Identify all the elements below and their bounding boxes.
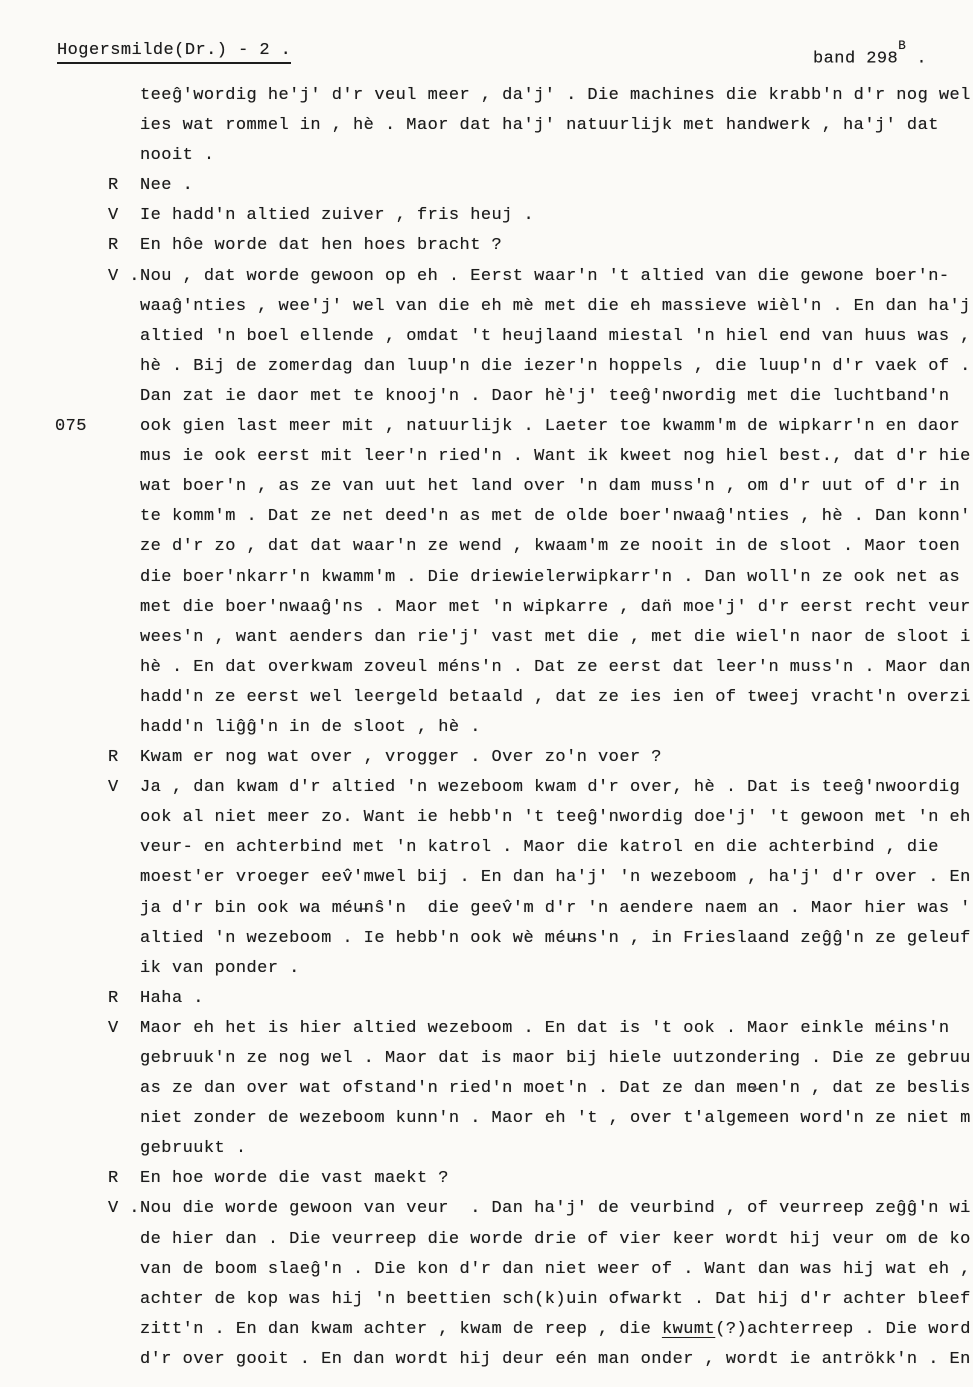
line-text: Haha . xyxy=(140,989,204,1008)
transcript-line: ik van ponder . xyxy=(0,959,973,989)
transcript-line: V .Nou die worde gewoon van veur . Dan h… xyxy=(0,1199,973,1229)
line-text: moest'er vroeger eev̂'mwel bij . En dan … xyxy=(140,868,971,887)
line-text: hadd'n liĝĝ'n in de sloot , hè . xyxy=(140,718,481,737)
transcript-line: VIe hadd'n altied zuiver , fris heuj . xyxy=(0,206,973,236)
line-text: ja d'r bin ook wa méu̶nŝ'n die geev̂'m d… xyxy=(140,899,971,918)
page-title: Hogersmilde(Dr.) - 2 . xyxy=(57,41,291,64)
band-label: band 298B . xyxy=(813,46,927,69)
band-suffix: . xyxy=(906,50,927,69)
line-text: teeĝ'wordig he'j' d'r veul meer , da'j' … xyxy=(140,86,971,105)
line-text: van de boom slaeĝ'n . Die kon d'r dan ni… xyxy=(140,1260,971,1279)
transcript-line: hè . Bij de zomerdag dan luup'n die ieze… xyxy=(0,357,973,387)
line-text: nooit . xyxy=(140,146,215,165)
line-text: Nou , dat worde gewoon op eh . Eerst waa… xyxy=(140,267,950,286)
speaker-label: V xyxy=(108,778,119,797)
line-text: Dan zat ie daor met te knooj'n . Daor hè… xyxy=(140,387,950,406)
transcript-line: te komm'm . Dat ze net deed'n as met de … xyxy=(0,507,973,537)
line-text: gebruukt . xyxy=(140,1139,247,1158)
line-text: ook gien last meer mit , natuurlijk . La… xyxy=(140,417,960,436)
speaker-label: R xyxy=(108,748,119,767)
transcript-line: met die boer'nwaaĝ'ns . Maor met 'n wipk… xyxy=(0,598,973,628)
speaker-label: R xyxy=(108,1169,119,1188)
line-text: hadd'n ze eerst wel leergeld betaald , d… xyxy=(140,688,971,707)
line-text: Ie hadd'n altied zuiver , fris heuj . xyxy=(140,206,534,225)
speaker-label: V xyxy=(108,206,119,225)
line-text: ies wat rommel in , hè . Maor dat ha'j' … xyxy=(140,116,939,135)
transcript-line: ze d'r zo , dat dat waar'n ze wend , kwa… xyxy=(0,537,973,567)
transcript-line: ies wat rommel in , hè . Maor dat ha'j' … xyxy=(0,116,973,146)
line-text: te komm'm . Dat ze net deed'n as met de … xyxy=(140,507,971,526)
line-text: wees'n , want aenders dan rie'j' vast me… xyxy=(140,628,971,647)
transcript-line: die boer'nkarr'n kwamm'm . Die driewiele… xyxy=(0,568,973,598)
speaker-label: R xyxy=(108,236,119,255)
transcript-line: ja d'r bin ook wa méu̶nŝ'n die geev̂'m d… xyxy=(0,899,973,929)
transcript-line: mus ie ook eerst mit leer'n ried'n . Wan… xyxy=(0,447,973,477)
transcript-line: gebruukt . xyxy=(0,1139,973,1169)
transcript-line: nooit . xyxy=(0,146,973,176)
line-text: Maor eh het is hier altied wezeboom . En… xyxy=(140,1019,950,1038)
transcript-line: RNee . xyxy=(0,176,973,206)
transcript-line: 075ook gien last meer mit , natuurlijk .… xyxy=(0,417,973,447)
line-text: de hier dan . Die veurreep die worde dri… xyxy=(140,1230,971,1249)
line-text: Nou die worde gewoon van veur . Dan ha'j… xyxy=(140,1199,971,1218)
line-text: hè . Bij de zomerdag dan luup'n die ieze… xyxy=(140,357,971,376)
line-text: die boer'nkarr'n kwamm'm . Die driewiele… xyxy=(140,568,960,587)
underlined-word: kwumt xyxy=(662,1320,715,1339)
speaker-label: V xyxy=(108,1019,119,1038)
document-page: Hogersmilde(Dr.) - 2 . band 298B . teeĝ'… xyxy=(0,0,973,1387)
line-text: En hoe worde die vast maekt ? xyxy=(140,1169,449,1188)
line-text: achter de kop was hij 'n beettien sch(k)… xyxy=(140,1290,971,1309)
line-text: Ja , dan kwam d'r altied 'n wezeboom kwa… xyxy=(140,778,960,797)
transcript-line: RHaha . xyxy=(0,989,973,1019)
transcript-line: wat boer'n , as ze van uut het land over… xyxy=(0,477,973,507)
transcript-line: VMaor eh het is hier altied wezeboom . E… xyxy=(0,1019,973,1049)
line-text: d'r over gooit . En dan wordt hij deur e… xyxy=(140,1350,971,1369)
transcript-line: hè . En dat overkwam zoveul méns'n . Dat… xyxy=(0,658,973,688)
line-text: Nee . xyxy=(140,176,193,195)
transcript-line: d'r over gooit . En dan wordt hij deur e… xyxy=(0,1350,973,1380)
speaker-label: R xyxy=(108,176,119,195)
transcript-line: waaĝ'nties , wee'j' wel van die eh mè me… xyxy=(0,297,973,327)
line-text: met die boer'nwaaĝ'ns . Maor met 'n wipk… xyxy=(140,598,971,617)
line-text: ik van ponder . xyxy=(140,959,300,978)
transcript-line: altied 'n wezeboom . Ie hebb'n ook wè mé… xyxy=(0,929,973,959)
line-text: ook al niet meer zo. Want ie hebb'n 't t… xyxy=(140,808,971,827)
transcript-line: Dan zat ie daor met te knooj'n . Daor hè… xyxy=(0,387,973,417)
line-text: altied 'n boel ellende , omdat 't heujla… xyxy=(140,327,971,346)
line-text: veur- en achterbind met 'n katrol . Maor… xyxy=(140,838,939,857)
transcript-line: niet zonder de wezeboom kunn'n . Maor eh… xyxy=(0,1109,973,1139)
transcript-line: hadd'n ze eerst wel leergeld betaald , d… xyxy=(0,688,973,718)
transcript-line: veur- en achterbind met 'n katrol . Maor… xyxy=(0,838,973,868)
transcript-line: V .Nou , dat worde gewoon op eh . Eerst … xyxy=(0,267,973,297)
line-text: gebruuk'n ze nog wel . Maor dat is maor … xyxy=(140,1049,971,1068)
transcript: teeĝ'wordig he'j' d'r veul meer , da'j' … xyxy=(0,86,973,1380)
line-text: waaĝ'nties , wee'j' wel van die eh mè me… xyxy=(140,297,971,316)
transcript-line: zitt'n . En dan kwam achter , kwam de re… xyxy=(0,1320,973,1350)
transcript-line: hadd'n liĝĝ'n in de sloot , hè . xyxy=(0,718,973,748)
transcript-line: REn hoe worde die vast maekt ? xyxy=(0,1169,973,1199)
line-text: En hôe worde dat hen hoes bracht ? xyxy=(140,236,502,255)
transcript-line: ook al niet meer zo. Want ie hebb'n 't t… xyxy=(0,808,973,838)
transcript-line: moest'er vroeger eev̂'mwel bij . En dan … xyxy=(0,868,973,898)
transcript-line: RKwam er nog wat over , vrogger . Over z… xyxy=(0,748,973,778)
transcript-line: altied 'n boel ellende , omdat 't heujla… xyxy=(0,327,973,357)
line-text: ze d'r zo , dat dat waar'n ze wend , kwa… xyxy=(140,537,960,556)
transcript-line: van de boom slaeĝ'n . Die kon d'r dan ni… xyxy=(0,1260,973,1290)
transcript-line: as ze dan over wat ofstand'n ried'n moet… xyxy=(0,1079,973,1109)
line-text: Kwam er nog wat over , vrogger . Over zo… xyxy=(140,748,662,767)
transcript-line: wees'n , want aenders dan rie'j' vast me… xyxy=(0,628,973,658)
speaker-label: R xyxy=(108,989,119,1008)
transcript-line: REn hôe worde dat hen hoes bracht ? xyxy=(0,236,973,266)
transcript-line: gebruuk'n ze nog wel . Maor dat is maor … xyxy=(0,1049,973,1079)
line-text: niet zonder de wezeboom kunn'n . Maor eh… xyxy=(140,1109,971,1128)
transcript-line: teeĝ'wordig he'j' d'r veul meer , da'j' … xyxy=(0,86,973,116)
band-superscript: B xyxy=(898,39,906,53)
line-text: mus ie ook eerst mit leer'n ried'n . Wan… xyxy=(140,447,971,466)
speaker-label: V . xyxy=(108,1199,140,1218)
transcript-line: achter de kop was hij 'n beettien sch(k)… xyxy=(0,1290,973,1320)
line-text: as ze dan over wat ofstand'n ried'n moet… xyxy=(140,1079,971,1098)
margin-number: 075 xyxy=(55,417,87,436)
speaker-label: V . xyxy=(108,267,140,286)
line-text: wat boer'n , as ze van uut het land over… xyxy=(140,477,960,496)
band-prefix: band 298 xyxy=(813,50,898,69)
line-text: zitt'n . En dan kwam achter , kwam de re… xyxy=(140,1320,971,1339)
line-text: altied 'n wezeboom . Ie hebb'n ook wè mé… xyxy=(140,929,971,948)
line-text: hè . En dat overkwam zoveul méns'n . Dat… xyxy=(140,658,971,677)
transcript-line: de hier dan . Die veurreep die worde dri… xyxy=(0,1230,973,1260)
transcript-line: VJa , dan kwam d'r altied 'n wezeboom kw… xyxy=(0,778,973,808)
